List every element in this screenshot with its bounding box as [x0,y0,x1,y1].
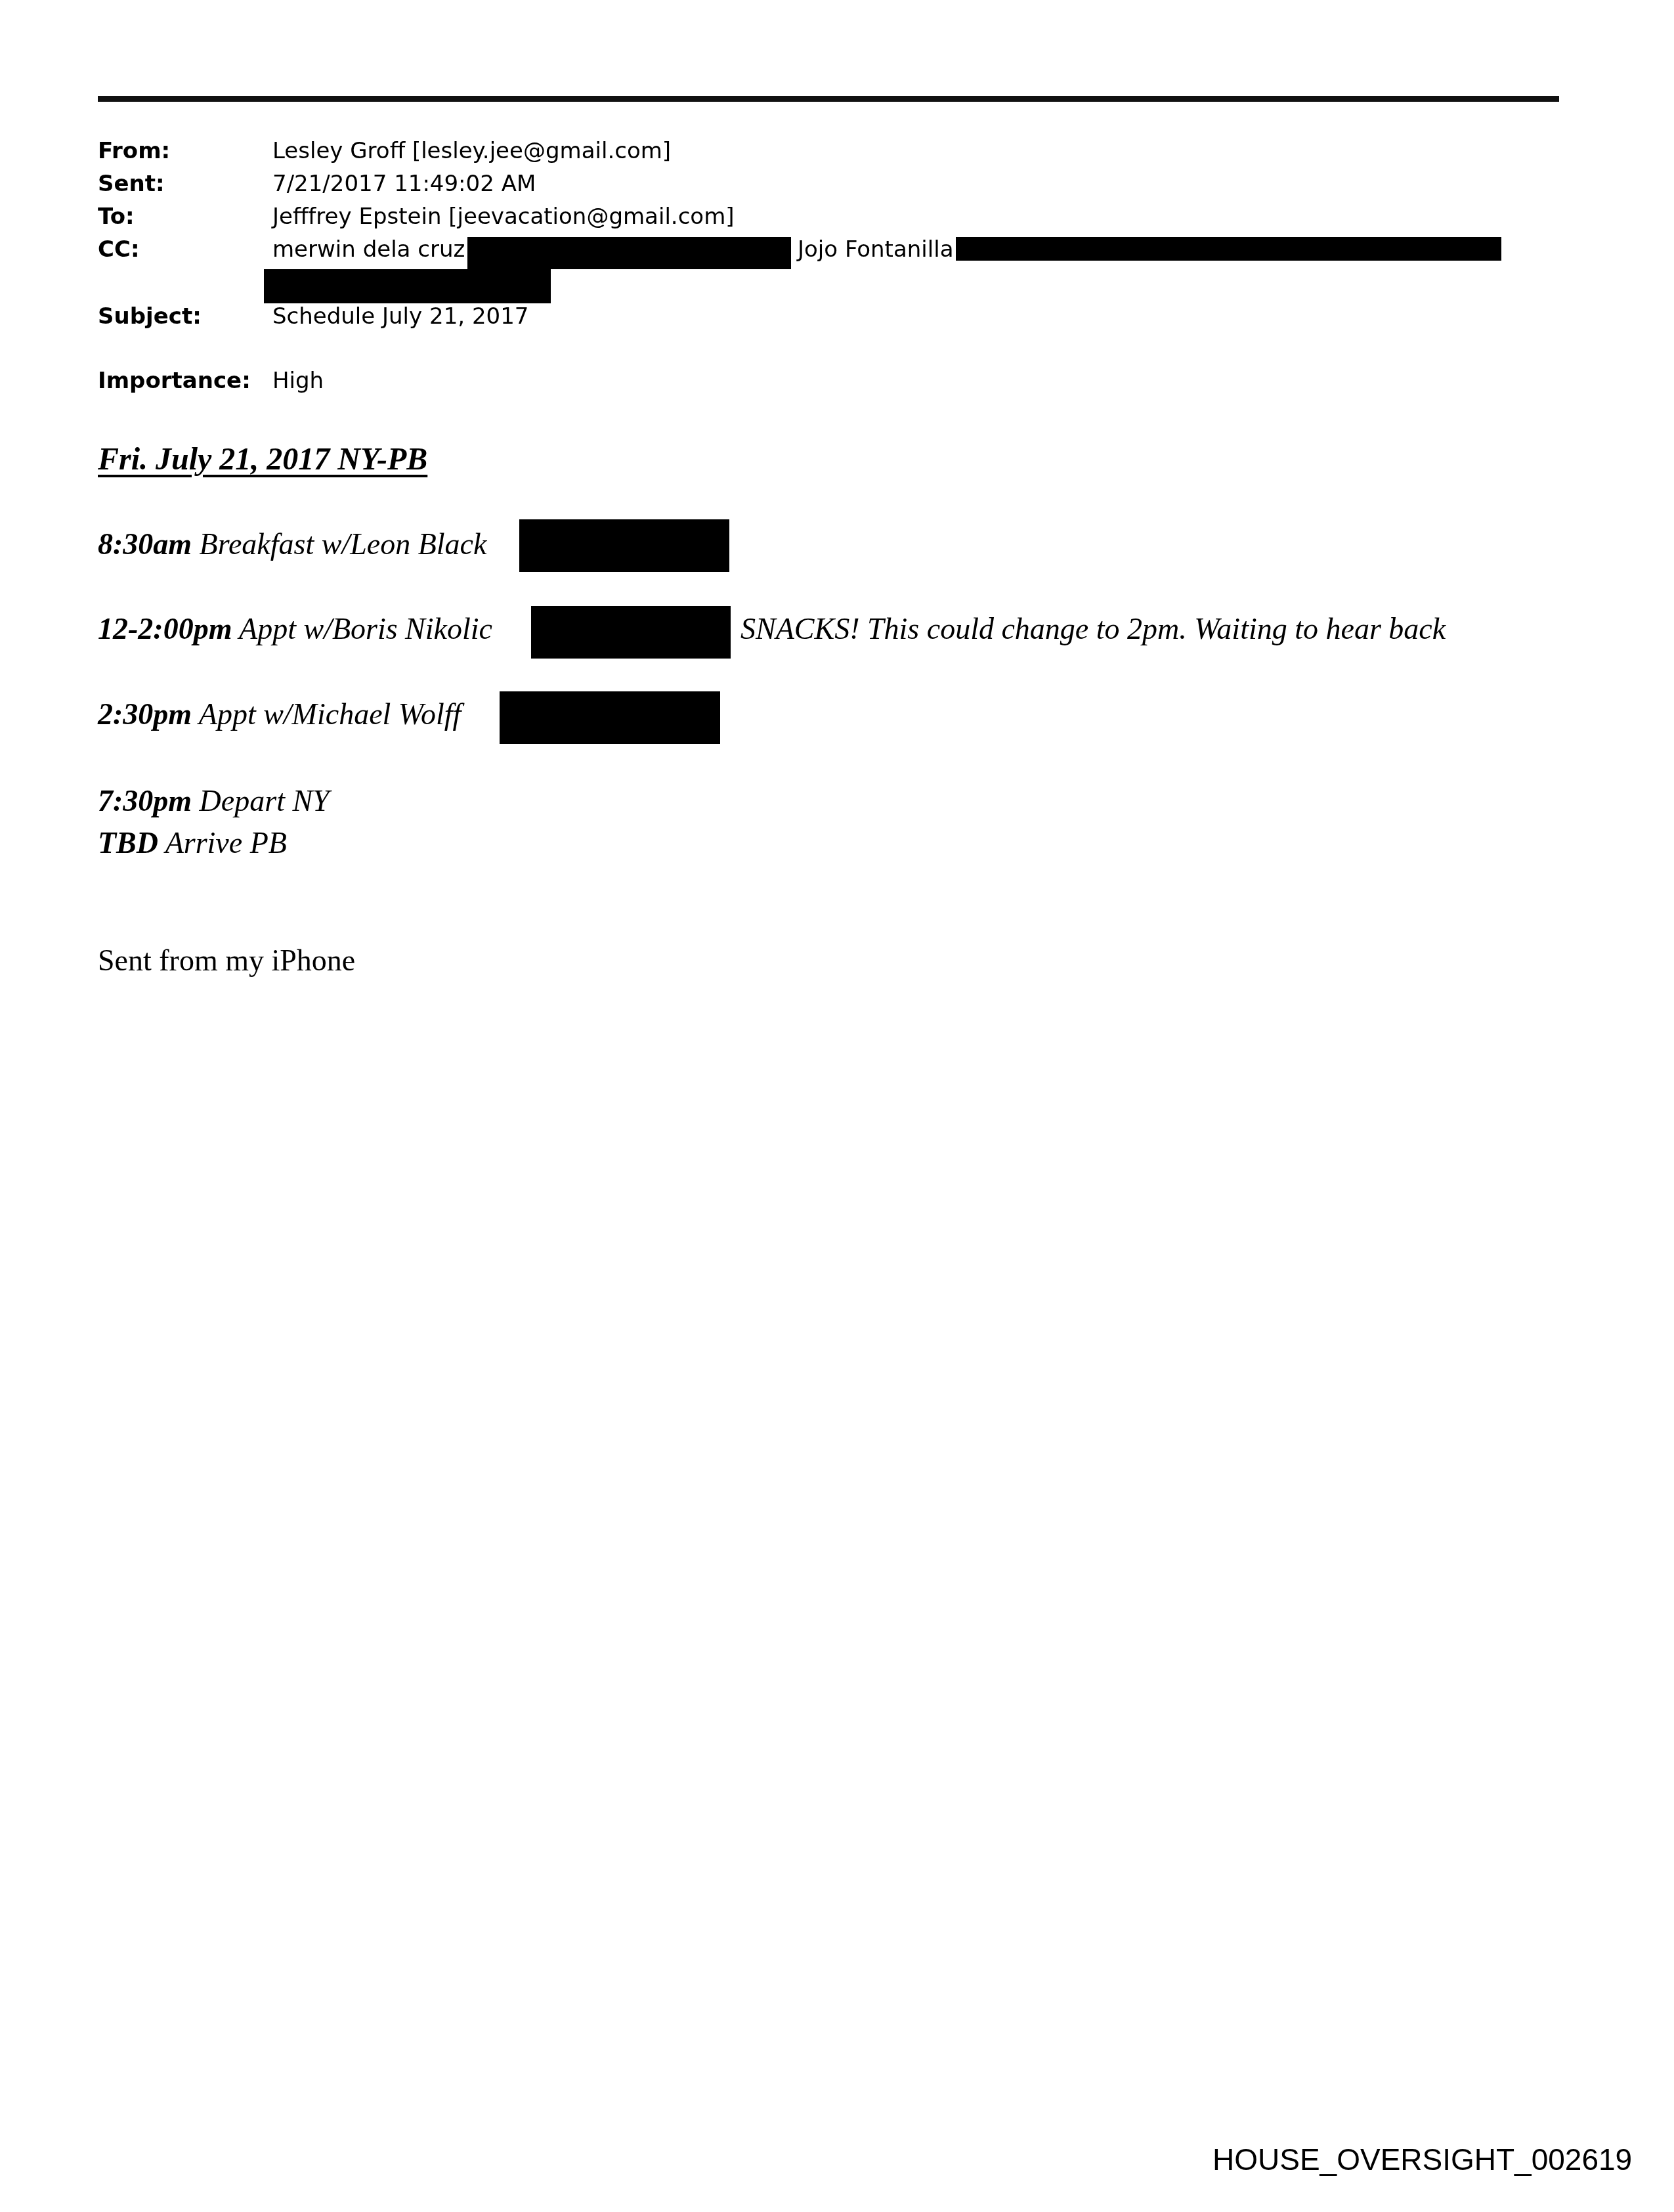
schedule-time: 12-2:00pm [98,612,232,645]
bates-number: HOUSE_OVERSIGHT_002619 [1213,2142,1632,2177]
importance-label: Importance: [98,366,251,395]
schedule-time: 8:30am [98,527,192,561]
from-value: Lesley Groff [lesley.jee@gmail.com] [272,137,671,165]
subject-value: Schedule July 21, 2017 [272,302,528,331]
redaction-box [531,606,731,659]
schedule-text: Appt w/Michael Wolff [192,697,461,731]
cc-label: CC: [98,235,140,264]
from-label: From: [98,137,170,165]
schedule-time: 7:30pm [98,784,192,817]
schedule-text: Depart NY [192,784,330,817]
schedule-time: TBD [98,826,158,859]
schedule-item: 2:30pm Appt w/Michael Wolff [98,696,461,733]
redaction-box [956,237,1501,261]
schedule-note: SNACKS! This could change to 2pm. Waitin… [740,611,1446,647]
schedule-text: Appt w/Boris Nikolic [232,612,492,645]
redaction-box [500,691,720,744]
schedule-item: TBD Arrive PB [98,825,287,861]
redaction-box [264,269,551,303]
subject-label: Subject: [98,302,202,331]
schedule-item: 12-2:00pm Appt w/Boris Nikolic [98,611,492,647]
schedule-text: Arrive PB [158,826,287,859]
schedule-item: 8:30am Breakfast w/Leon Black [98,526,486,563]
signature: Sent from my iPhone [98,943,355,978]
importance-value: High [272,366,324,395]
to-label: To: [98,202,135,231]
redaction-box [467,237,791,269]
sent-label: Sent: [98,169,165,198]
schedule-heading: Fri. July 21, 2017 NY-PB [98,441,427,477]
schedule-text: Breakfast w/Leon Black [192,527,486,561]
to-value: Jefffrey Epstein [jeevacation@gmail.com] [272,202,735,231]
top-rule [98,96,1559,102]
sent-value: 7/21/2017 11:49:02 AM [272,169,536,198]
cc-recipient-2: Jojo Fontanilla [798,235,953,264]
schedule-time: 2:30pm [98,697,192,731]
schedule-item: 7:30pm Depart NY [98,783,330,819]
cc-recipient-1: merwin dela cruz [272,235,465,264]
redaction-box [519,519,729,572]
